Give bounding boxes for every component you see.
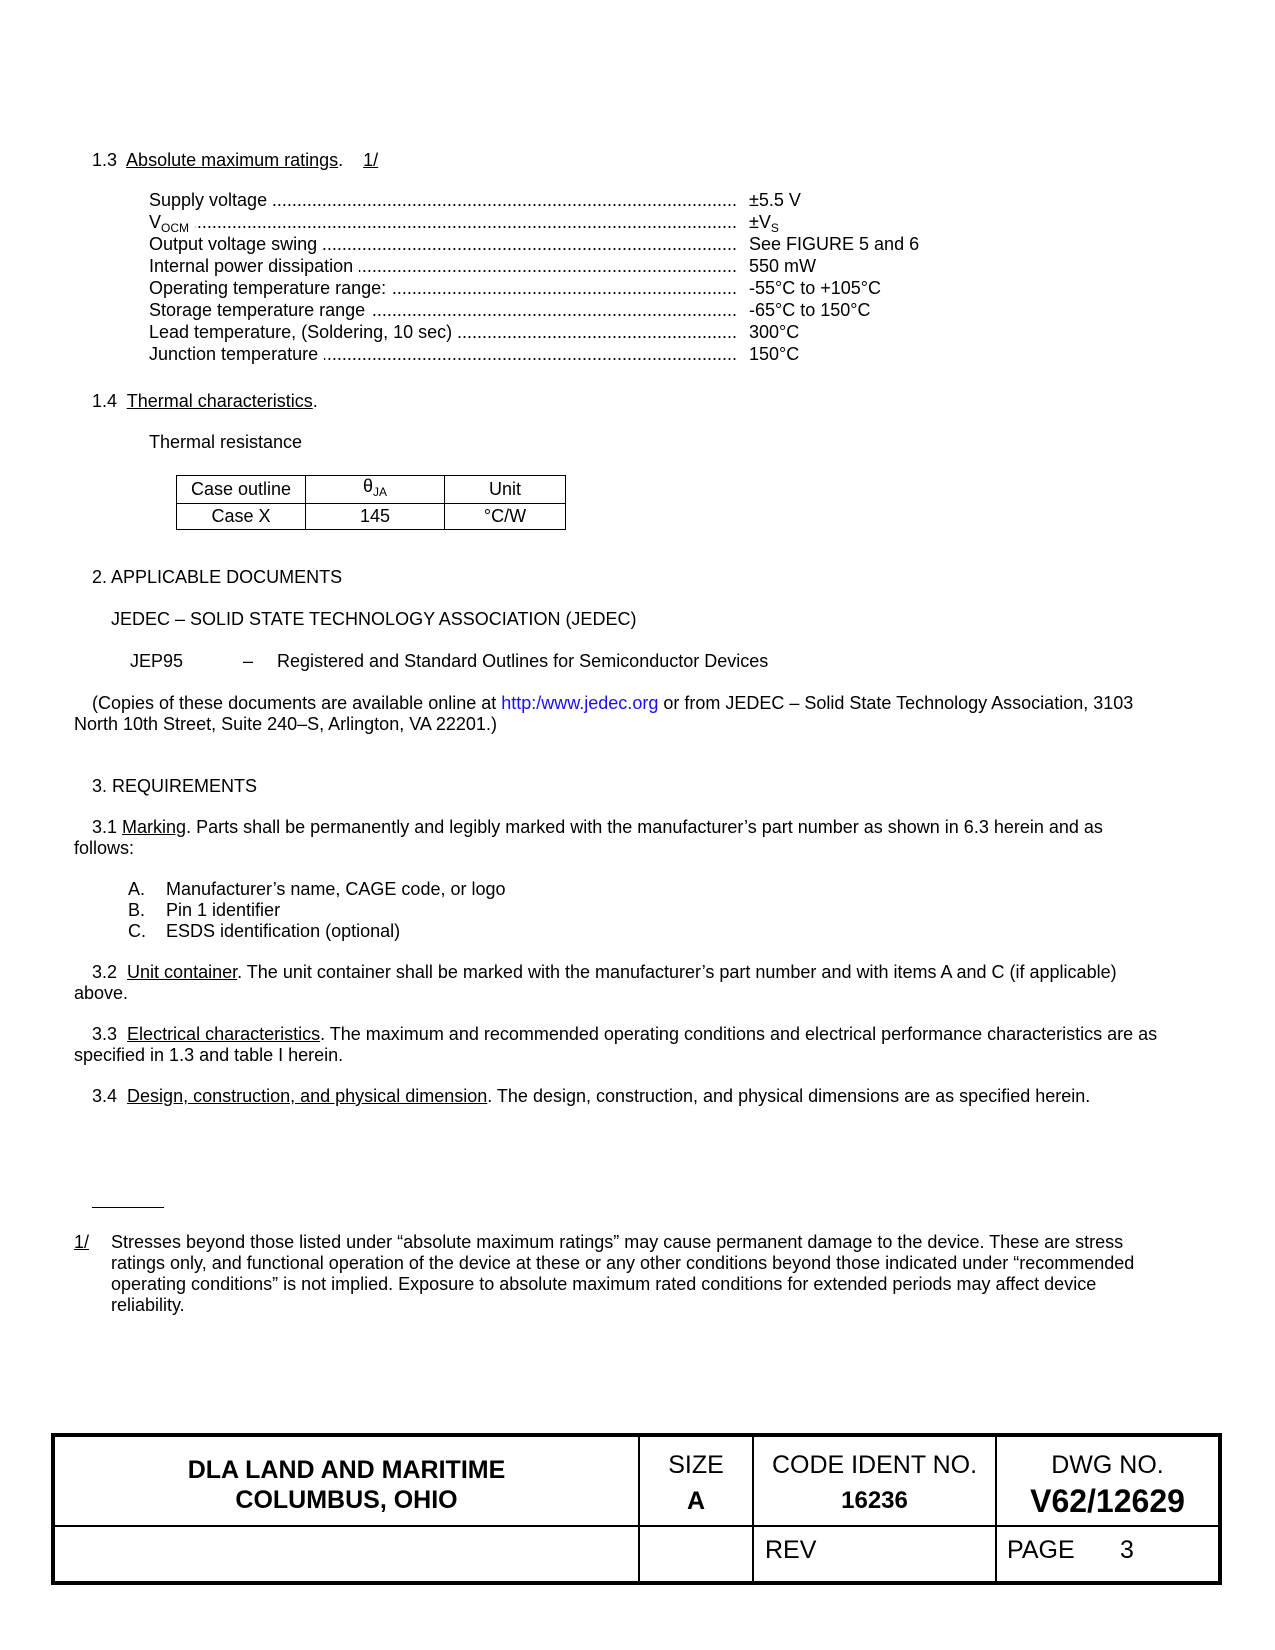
footnote-line: operating conditions” is not implied. Ex… [111,1274,1096,1295]
jedec-link[interactable]: http:/www.jedec.org [501,693,658,713]
copies-text: (Copies of these documents are available… [92,693,501,713]
section-3-1-line1: 3.1 Marking. Parts shall be permanently … [92,817,1103,838]
section-text: . Parts shall be permanently and legibly… [186,817,1103,837]
footnote-marker: 1/ [74,1232,89,1253]
cell-unit: °C/W [445,504,566,530]
section-3-heading: 3. REQUIREMENTS [92,776,257,797]
footnote-line: reliability. [111,1295,185,1316]
section-number: 3.2 [92,962,117,982]
rev-label: REV [765,1540,816,1561]
rating-label: Internal power dissipation [149,256,353,277]
section-number: 3.3 [92,1024,117,1044]
section-3-1-line2: follows: [74,838,134,859]
dwg-no-cell: DWG NO. V62/12629 [997,1447,1218,1519]
list-item-letter: B. [128,900,145,921]
section-number: 3.1 [92,817,117,837]
section-text: . The maximum and recommended operating … [320,1024,1157,1044]
copies-note-line2: North 10th Street, Suite 240–S, Arlingto… [74,714,497,735]
footnote-separator [92,1207,164,1208]
theta-symbol: θ [363,476,373,496]
header-unit: Unit [445,476,566,504]
size-label: SIZE [640,1447,752,1483]
rating-value: ±5.5 V [749,190,801,211]
header-theta-ja: θJA [306,476,445,504]
rating-label: Storage temperature range [149,300,365,321]
section-3-2-line1: 3.2 Unit container. The unit container s… [92,962,1117,983]
jep95-dash: – [243,651,253,672]
copies-note-line1: (Copies of these documents are available… [92,693,1133,714]
agency-line2: COLUMBUS, OHIO [55,1485,638,1515]
section-title: Absolute maximum ratings [126,150,338,170]
list-item: Pin 1 identifier [166,900,280,921]
section-3-2-line2: above. [74,983,128,1004]
divider [55,1525,1218,1527]
page-number: 3 [1120,1540,1134,1561]
dot-leader: ........................................… [392,278,737,299]
dwg-label: DWG NO. [997,1447,1218,1483]
list-item: ESDS identification (optional) [166,921,400,942]
rating-value: 300°C [749,322,799,343]
jep95-id: JEP95 [130,651,183,672]
rating-row: Lead temperature, (Soldering, 10 sec)...… [149,322,929,344]
section-text: . The unit container shall be marked wit… [237,962,1116,982]
rating-row: VOCM....................................… [149,212,929,234]
code-ident-label: CODE IDENT NO. [754,1447,995,1483]
agency-name: DLA LAND AND MARITIME COLUMBUS, OHIO [55,1455,638,1515]
list-item-letter: A. [128,879,145,900]
rating-value: -65°C to 150°C [749,300,870,321]
cell-case: Case X [177,504,306,530]
rating-label: Lead temperature, (Soldering, 10 sec) [149,322,452,343]
dot-leader: ........................................… [323,234,737,255]
rating-value: -55°C to +105°C [749,278,881,299]
rating-row: Internal power dissipation..............… [149,256,929,278]
section-1-3-heading: 1.3 Absolute maximum ratings. 1/ [92,150,378,171]
rating-row: Junction temperature....................… [149,344,929,366]
footnote-line: Stresses beyond those listed under “abso… [111,1232,1123,1253]
table-header-row: Case outline θJA Unit [177,476,566,504]
jedec-org: JEDEC – SOLID STATE TECHNOLOGY ASSOCIATI… [111,609,636,630]
rating-value: See FIGURE 5 and 6 [749,234,919,255]
rating-value: 150°C [749,344,799,365]
size-value: A [640,1483,752,1519]
thermal-resistance-label: Thermal resistance [149,432,302,453]
code-ident-value: 16236 [754,1483,995,1519]
header-case-outline: Case outline [177,476,306,504]
dot-leader: ........................................… [371,300,737,321]
jep95-title: Registered and Standard Outlines for Sem… [277,651,768,672]
dwg-value: V62/12629 [997,1483,1218,1519]
section-1-4-heading: 1.4 Thermal characteristics. [92,391,318,412]
section-title: Thermal characteristics [127,391,313,411]
copies-text-post: or from JEDEC – Solid State Technology A… [658,693,1133,713]
rating-row: Output voltage swing....................… [149,234,929,256]
title-suffix: . [313,391,318,411]
section-3-3-line2: specified in 1.3 and table I herein. [74,1045,343,1066]
title-suffix: . [338,150,343,170]
footnote-ref[interactable]: 1/ [363,150,378,170]
section-title: Unit container [127,962,237,982]
dot-leader: ........................................… [195,212,737,233]
rating-row: Storage temperature range...............… [149,300,929,322]
section-number: 3.4 [92,1086,117,1106]
rating-value: 550 mW [749,256,816,277]
section-3-4-line1: 3.4 Design, construction, and physical d… [92,1086,1090,1107]
dot-leader: ........................................… [458,322,737,343]
rating-label: Junction temperature [149,344,318,365]
cell-theta-value: 145 [306,504,445,530]
rating-row: Operating temperature range:............… [149,278,929,300]
rating-label: Operating temperature range: [149,278,386,299]
section-title: Design, construction, and physical dimen… [127,1086,487,1106]
table-row: Case X 145 °C/W [177,504,566,530]
section-number: 1.3 [92,150,117,170]
dot-leader: ........................................… [324,344,737,365]
size-cell: SIZE A [640,1447,752,1519]
rating-row: Supply voltage..........................… [149,190,929,212]
thermal-table: Case outline θJA Unit Case X 145 °C/W [176,475,566,530]
title-block: DLA LAND AND MARITIME COLUMBUS, OHIO SIZ… [51,1433,1222,1585]
dot-leader: ........................................… [273,190,737,211]
code-ident-cell: CODE IDENT NO. 16236 [754,1447,995,1519]
section-title: Marking [122,817,186,837]
section-text: . The design, construction, and physical… [487,1086,1090,1106]
footnote-line: ratings only, and functional operation o… [111,1253,1134,1274]
page-label: PAGE [1007,1540,1075,1561]
dot-leader: ........................................… [359,256,737,277]
list-item-letter: C. [128,921,146,942]
section-2-heading: 2. APPLICABLE DOCUMENTS [92,567,342,588]
section-number: 1.4 [92,391,117,411]
agency-line1: DLA LAND AND MARITIME [55,1455,638,1485]
theta-subscript: JA [373,485,387,499]
rating-label: Supply voltage [149,190,267,211]
rating-label: Output voltage swing [149,234,317,255]
section-3-3-line1: 3.3 Electrical characteristics. The maxi… [92,1024,1157,1045]
section-title: Electrical characteristics [127,1024,320,1044]
list-item: Manufacturer’s name, CAGE code, or logo [166,879,506,900]
